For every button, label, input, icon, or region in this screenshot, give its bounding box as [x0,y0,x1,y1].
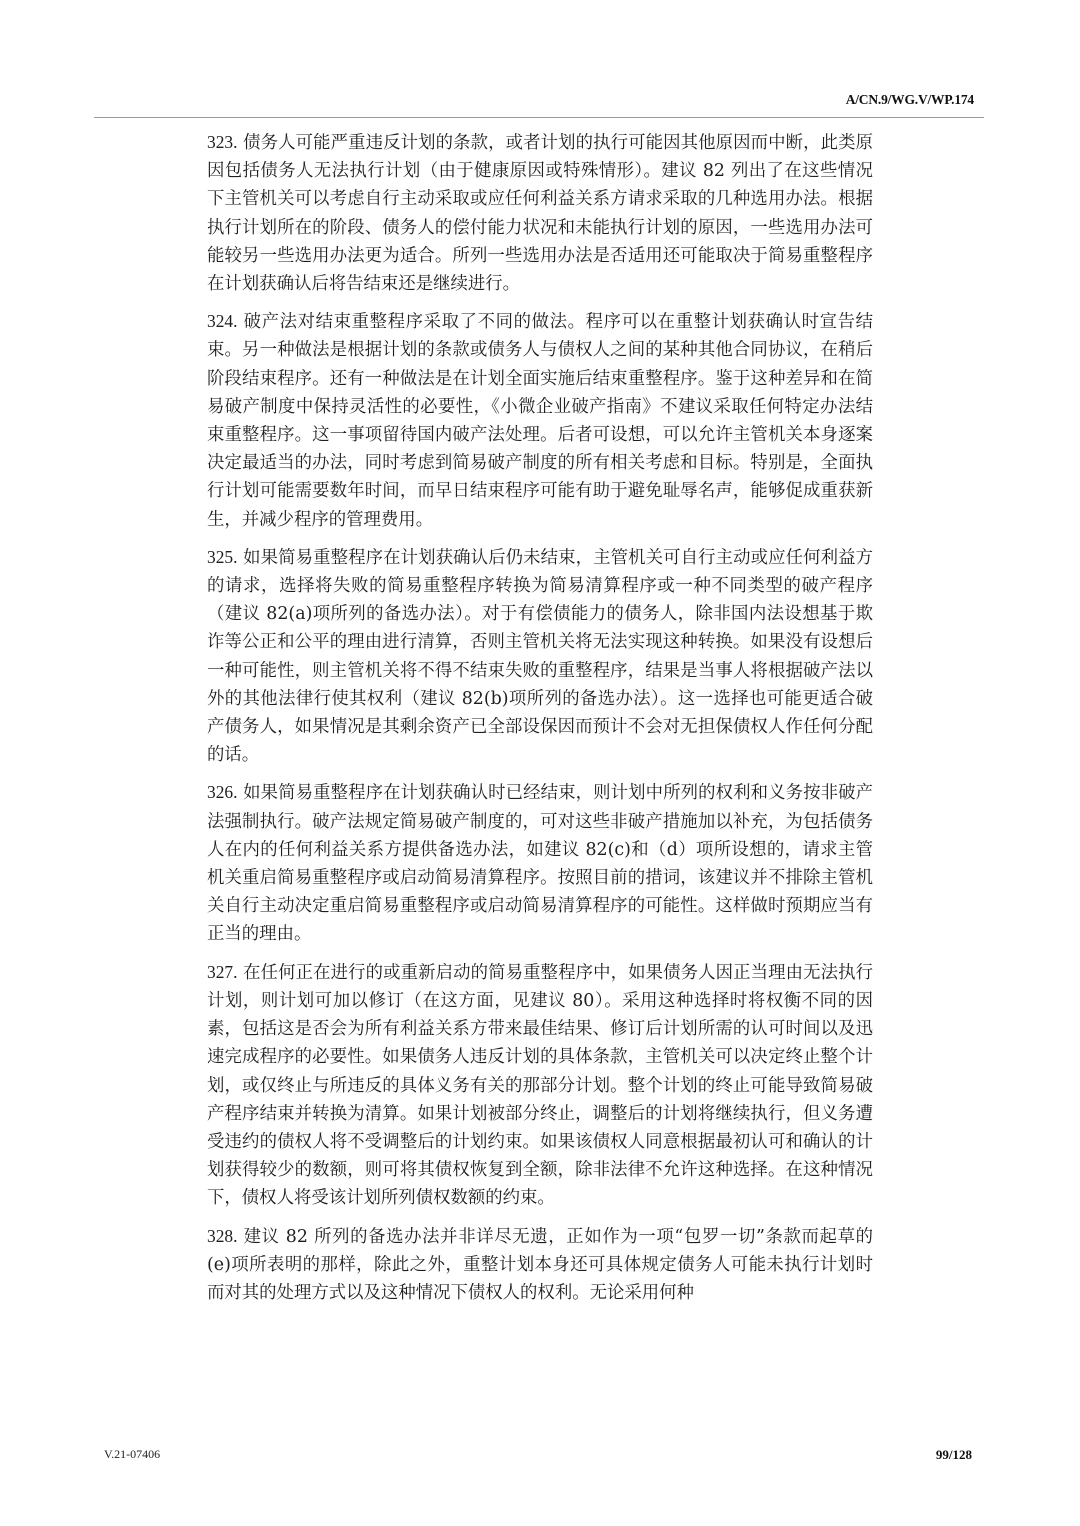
paragraph-text: 如果简易重整程序在计划获确认后仍未结束，主管机关可自行主动或应任何利益方的请求，… [207,548,873,765]
paragraph-number: 323. [207,132,237,152]
paragraph-324: 324. 破产法对结束重整程序采取了不同的做法。程序可以在重整计划获确认时宣告结… [207,307,873,534]
paragraph-text: 建议 82 所列的备选办法并非详尽无遗，正如作为一项“包罗一切”条款而起草的(e… [207,1227,873,1303]
paragraph-text: 债务人可能严重违反计划的条款，或者计划的执行可能因其他原因而中断，此类原因包括债… [207,133,873,294]
paragraph-text: 破产法对结束重整程序采取了不同的做法。程序可以在重整计划获确认时宣告结束。另一种… [207,312,873,529]
paragraph-number: 324. [207,311,237,331]
document-body: 323. 债务人可能严重违反计划的条款，或者计划的执行可能因其他原因而中断，此类… [207,128,873,1316]
paragraph-323: 323. 债务人可能严重违反计划的条款，或者计划的执行可能因其他原因而中断，此类… [207,128,873,298]
paragraph-327: 327. 在任何正在进行的或重新启动的简易重整程序中，如果债务人因正当理由无法执… [207,958,873,1213]
paragraph-number: 327. [207,962,237,982]
footer-document-code: V.21-07406 [104,1447,160,1462]
paragraph-328: 328. 建议 82 所列的备选办法并非详尽无遗，正如作为一项“包罗一切”条款而… [207,1222,873,1308]
paragraph-325: 325. 如果简易重整程序在计划获确认后仍未结束，主管机关可自行主动或应任何利益… [207,543,873,770]
paragraph-text: 在任何正在进行的或重新启动的简易重整程序中，如果债务人因正当理由无法执行计划，则… [207,963,873,1209]
paragraph-326: 326. 如果简易重整程序在计划获确认时已经结束，则计划中所列的权利和义务按非破… [207,778,873,948]
paragraph-number: 326. [207,782,237,802]
footer-page-number: 99/128 [936,1447,972,1463]
paragraph-number: 328. [207,1226,237,1246]
document-symbol: A/CN.9/WG.V/WP.174 [846,92,974,108]
paragraph-text: 如果简易重整程序在计划获确认时已经结束，则计划中所列的权利和义务按非破产法强制执… [207,783,873,944]
header-rule [94,117,984,118]
paragraph-number: 325. [207,547,237,567]
